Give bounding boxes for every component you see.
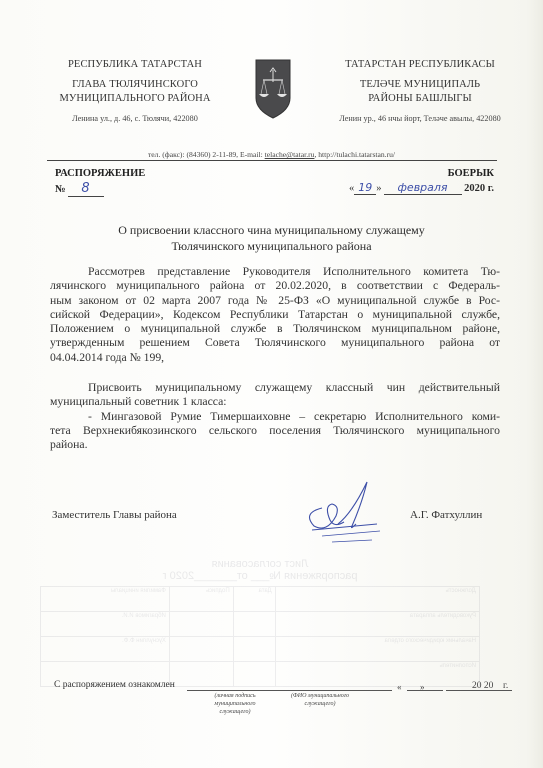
ack-year-suffix: г. bbox=[503, 681, 508, 691]
text-line: муниципальный советник 1 класса: bbox=[50, 395, 500, 409]
text-line: 04.04.2014 года № 199, bbox=[50, 351, 500, 365]
text-line: Рассмотрев представление Руководителя Ис… bbox=[50, 265, 500, 279]
document-title: О присвоении классного чина муниципально… bbox=[0, 222, 543, 254]
text-line: Положением о муниципальной службе в Тюля… bbox=[50, 322, 500, 336]
contact-line: тел. (факс): (84360) 2-11-89, E-mail: te… bbox=[0, 150, 543, 159]
coat-of-arms-icon bbox=[254, 58, 292, 120]
caption-name: (ФИО муниципального служащего) bbox=[285, 692, 355, 708]
bleed-cell: Руководитель аппарата bbox=[275, 612, 479, 637]
bleed-cell: Начальник юридического отдела bbox=[275, 637, 479, 662]
doc-number: №8 bbox=[55, 181, 104, 197]
date-month: февраля bbox=[398, 181, 448, 194]
bleed-cell bbox=[233, 637, 275, 662]
text-line: - Мингазовой Румие Тимершаиховне – секре… bbox=[50, 410, 500, 424]
text-line: утвержденным решением Совета Тюлячинског… bbox=[50, 336, 500, 350]
ack-signature-line[interactable] bbox=[187, 690, 392, 691]
phone-fax: тел. (факс): (84360) 2-11-89, E-mail: bbox=[148, 150, 265, 159]
header-divider bbox=[47, 160, 497, 161]
bleed-cell: Исполнитель bbox=[275, 662, 479, 687]
bleed-cell bbox=[233, 662, 275, 687]
bleed-header: Подпись bbox=[169, 587, 233, 612]
header-right: ТАТАРСТАН РЕСПУБЛИКАСЫ ТЕЛӘЧЕ МУНИЦИПАЛЬ… bbox=[315, 58, 525, 123]
office-ru-line1: ГЛАВА ТЮЛЯЧИНСКОГО bbox=[40, 78, 230, 92]
bleed-subtitle: распоряжения №___ от_______2020 г bbox=[40, 570, 480, 582]
paragraph-order: Присвоить муниципальному служащему класс… bbox=[50, 381, 500, 452]
handwritten-signature-icon bbox=[292, 478, 387, 548]
bleed-cell bbox=[233, 612, 275, 637]
bleed-table: Должность Дата Подпись Фамилия инициалы … bbox=[40, 586, 480, 687]
title-line: Тюлячинского муниципального района bbox=[0, 238, 543, 254]
bleed-cell bbox=[169, 662, 233, 687]
title-line: О присвоении классного чина муниципально… bbox=[0, 222, 543, 238]
date-year: 2020 г. bbox=[464, 183, 494, 194]
republic-tt: ТАТАРСТАН РЕСПУБЛИКАСЫ bbox=[315, 58, 525, 72]
ack-quote-open: « bbox=[397, 682, 402, 692]
doc-type-tt: БОЕРЫК bbox=[448, 168, 494, 179]
ack-day-line[interactable] bbox=[407, 690, 443, 691]
office-tt-line2: РАЙОНЫ БАШЛЫГЫ bbox=[315, 92, 525, 106]
date-day: 19 bbox=[358, 181, 372, 194]
caption-signature: (личная подпись муниципального служащего… bbox=[200, 692, 270, 716]
ack-quote-close: » bbox=[420, 682, 425, 692]
paragraph-preamble: Рассмотрев представление Руководителя Ис… bbox=[50, 265, 500, 365]
signatory-position: Заместитель Главы района bbox=[52, 509, 177, 521]
address-tt: Ленин ур., 46 нчы йорт, Теләче авылы, 42… bbox=[315, 114, 525, 123]
ack-label: С распоряжением ознакомлен bbox=[54, 680, 175, 690]
republic-ru: РЕСПУБЛИКА ТАТАРСТАН bbox=[40, 58, 230, 72]
ack-year: 20 20 bbox=[472, 681, 493, 691]
website-link[interactable]: http://tulachi.tatarstan.ru/ bbox=[318, 150, 395, 159]
bleed-header: Должность bbox=[275, 587, 479, 612]
bleed-through-approval-sheet: Лист согласования распоряжения №___ от__… bbox=[40, 558, 480, 687]
text-line: сийской Федерации», Кодексом Республики … bbox=[50, 308, 500, 322]
signatory-name: А.Г. Фатхуллин bbox=[410, 509, 482, 521]
email-link[interactable]: telache@tatar.ru bbox=[265, 150, 315, 159]
header-left: РЕСПУБЛИКА ТАТАРСТАН ГЛАВА ТЮЛЯЧИНСКОГО … bbox=[40, 58, 230, 123]
bleed-header: Дата bbox=[233, 587, 275, 612]
address-ru: Ленина ул., д. 46, с. Тюлячи, 422080 bbox=[40, 114, 230, 123]
office-ru-line2: МУНИЦИПАЛЬНОГО РАЙОНА bbox=[40, 92, 230, 106]
text-line: района. bbox=[50, 438, 500, 452]
bleed-cell: Хуснуллин Ф.Ф. bbox=[41, 637, 170, 662]
text-line: Присвоить муниципальному служащему класс… bbox=[50, 381, 500, 395]
number-value: 8 bbox=[81, 181, 89, 196]
text-line: лячинского муниципального района от 20.0… bbox=[50, 279, 500, 293]
bleed-title: Лист согласования bbox=[40, 558, 480, 570]
document-page: Лист согласования распоряжения №___ от__… bbox=[0, 0, 543, 768]
doc-date: «19»февраля 2020 г. bbox=[349, 181, 494, 195]
bleed-header: Фамилия инициалы bbox=[41, 587, 170, 612]
number-label: № bbox=[55, 184, 66, 195]
quote-close: » bbox=[376, 183, 381, 194]
bleed-cell bbox=[169, 612, 233, 637]
doc-type-ru: РАСПОРЯЖЕНИЕ bbox=[55, 168, 145, 179]
text-line: тета Верхнекибякозинского сельского посе… bbox=[50, 424, 500, 438]
bleed-cell bbox=[169, 637, 233, 662]
text-line: ным законом от 02 марта 2007 года № 25-Ф… bbox=[50, 294, 500, 308]
bleed-cell: Ибрагимов И.И. bbox=[41, 612, 170, 637]
office-tt-line1: ТЕЛӘЧЕ МУНИЦИПАЛЬ bbox=[315, 78, 525, 92]
